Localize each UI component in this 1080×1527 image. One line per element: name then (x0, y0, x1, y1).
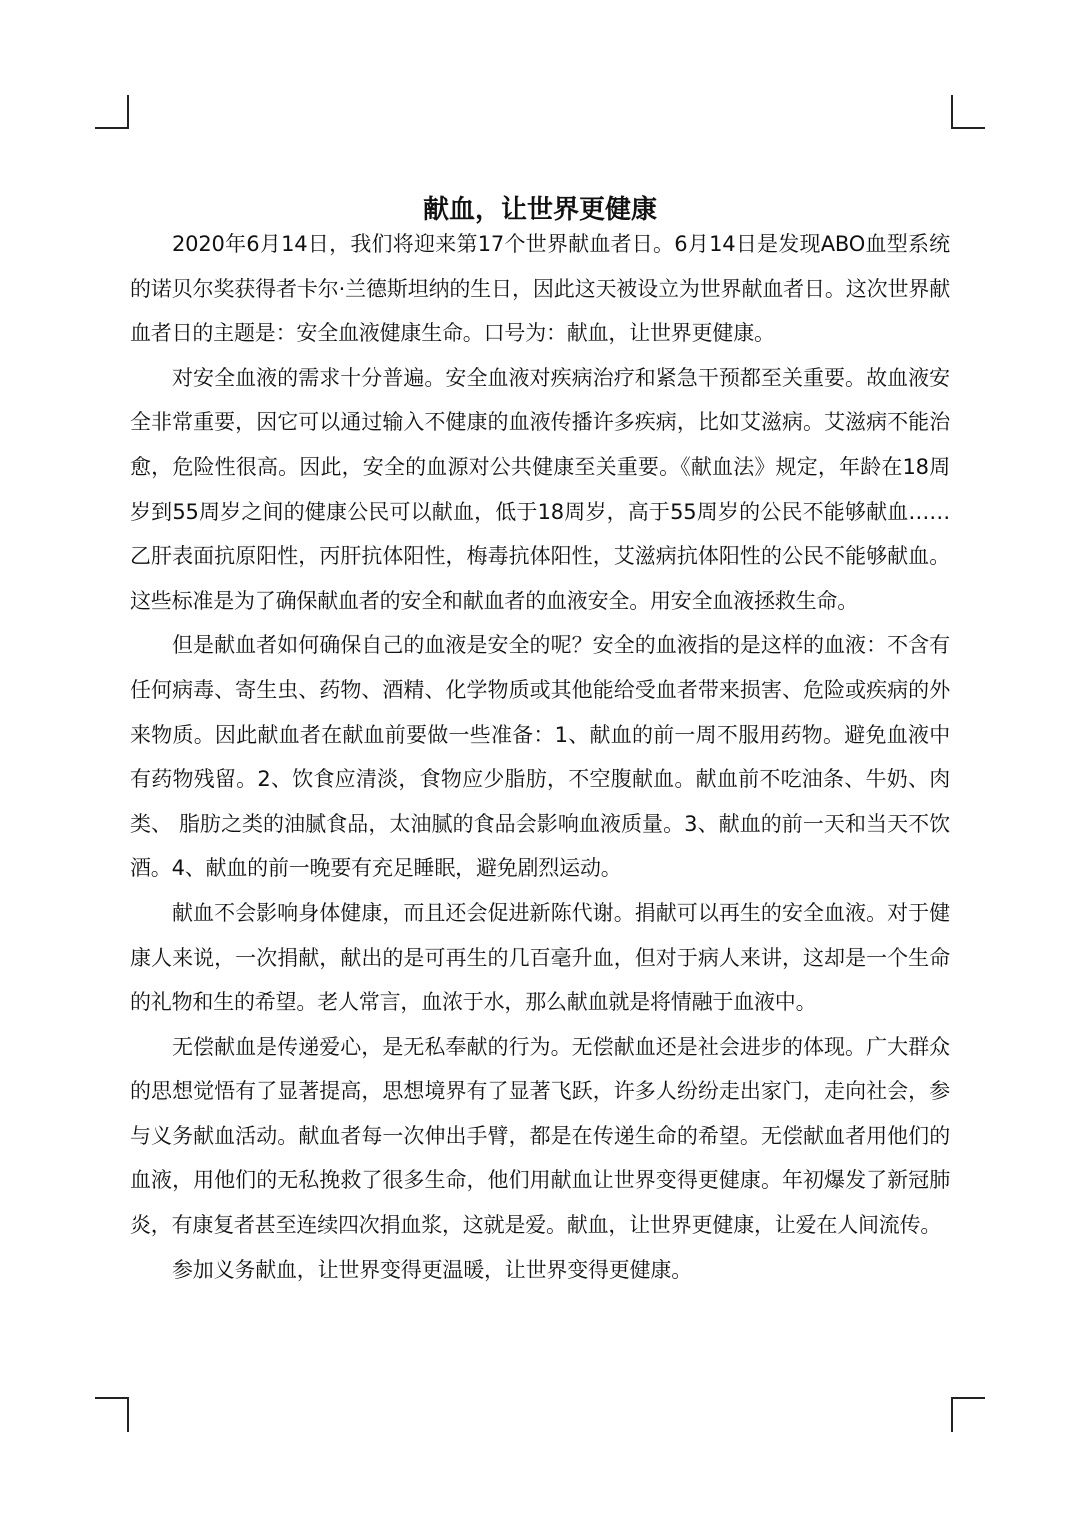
corner-mark-bottom-left-h (95, 1397, 129, 1399)
paragraph-3: 但是献血者如何确保自己的血液是安全的呢？安全的血液指的是这样的血液：不含有任何病… (130, 623, 950, 891)
paragraph-4: 献血不会影响身体健康，而且还会促进新陈代谢。捐献可以再生的安全血液。对于健康人来… (130, 891, 950, 1025)
corner-mark-bottom-right-v (951, 1397, 953, 1432)
paragraph-6: 参加义务献血，让世界变得更温暖，让世界变得更健康。 (130, 1248, 950, 1293)
corner-mark-bottom-left-v (127, 1397, 129, 1432)
corner-mark-bottom-right-h (951, 1397, 985, 1399)
paragraph-1: 2020年6月14日，我们将迎来第17个世界献血者日。6月14日是发现ABO血型… (130, 222, 950, 356)
paragraph-5: 无偿献血是传递爱心，是无私奉献的行为。无偿献血还是社会进步的体现。广大群众的思想… (130, 1025, 950, 1248)
corner-mark-top-right-v (951, 95, 953, 129)
corner-mark-top-left-h (95, 127, 129, 129)
corner-mark-top-right-h (951, 127, 985, 129)
document-body: 2020年6月14日，我们将迎来第17个世界献血者日。6月14日是发现ABO血型… (130, 222, 950, 1292)
corner-mark-top-left-v (127, 95, 129, 129)
paragraph-2: 对安全血液的需求十分普遍。安全血液对疾病治疗和紧急干预都至关重要。故血液安全非常… (130, 356, 950, 624)
